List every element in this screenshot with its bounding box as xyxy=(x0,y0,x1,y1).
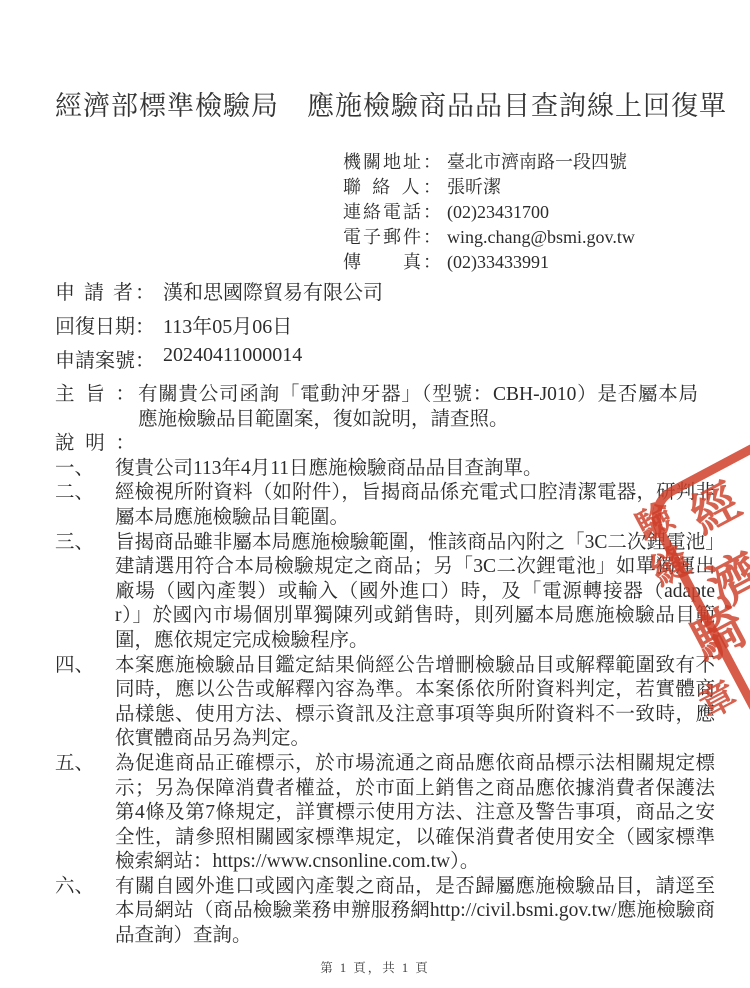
list-item-6: 六、 有關自國外進口或國內產製之商品，是否歸屬應施檢驗品目，請逕至本局網站（商品… xyxy=(55,875,720,949)
contact-row-fax: 傳 真： (02)33433991 xyxy=(343,250,635,275)
contact-value: wing.chang@bsmi.gov.tw xyxy=(447,225,635,250)
explanation-row: 說明： xyxy=(55,432,720,457)
page-footer: 第 1 頁，共 1 頁 xyxy=(0,958,750,976)
subject-text: 有關貴公司函詢「電動沖牙器」（型號：CBH-J010）是否屬本局應施檢驗品目範圍… xyxy=(138,383,698,432)
contact-row-email: 電子郵件： wing.chang@bsmi.gov.tw xyxy=(343,225,635,250)
item-number: 六、 xyxy=(55,875,115,900)
field-label: 申請案號： xyxy=(55,344,155,373)
contact-row-phone: 連絡電話： (02)23431700 xyxy=(343,200,635,225)
item-text: 本案應施檢驗品目鑑定結果倘經公告增刪檢驗品目或解釋範圍致有不同時，應以公告或解釋… xyxy=(115,654,715,752)
letter-body: 主旨： 有關貴公司函詢「電動沖牙器」（型號：CBH-J010）是否屬本局應施檢驗… xyxy=(55,383,720,949)
applicant-block: 申 請 者： 漢和思國際貿易有限公司 回復日期： 113年05月06日 申請案號… xyxy=(55,276,383,378)
list-item-5: 五、 為促進商品正確標示，於市場流通之商品應依商品標示法相關規定標示；另為保障消… xyxy=(55,752,720,875)
contact-value: (02)33433991 xyxy=(447,250,549,275)
subject-label: 主旨： xyxy=(55,383,135,408)
item-text: 經檢視所附資料（如附件），旨揭商品係充電式口腔清潔電器，研判非屬本局應施檢驗品目… xyxy=(115,481,715,530)
item-text: 為促進商品正確標示，於市場流通之商品應依商品標示法相關規定標示；另為保障消費者權… xyxy=(115,752,715,875)
contact-row-address: 機關地址： 臺北市濟南路一段四號 xyxy=(343,150,635,175)
contact-value: (02)23431700 xyxy=(447,200,549,225)
agency-contact-block: 機關地址： 臺北市濟南路一段四號 聯 絡 人： 張昕潔 連絡電話： (02)23… xyxy=(343,150,635,275)
field-label: 申 請 者： xyxy=(55,276,155,305)
contact-value: 臺北市濟南路一段四號 xyxy=(447,150,627,175)
item-text: 復貴公司113年4月11日應施檢驗商品品目查詢單。 xyxy=(115,457,715,482)
list-item-3: 三、 旨揭商品雖非屬本局應施檢驗範圍，惟該商品內附之「3C二次鋰電池」建請選用符… xyxy=(55,531,720,654)
field-value: 113年05月06日 xyxy=(163,310,292,339)
title-agency-name: 經濟部標準檢驗局 xyxy=(55,91,279,121)
contact-label: 傳 真： xyxy=(343,250,441,275)
contact-label: 機關地址： xyxy=(343,150,441,175)
list-item-4: 四、 本案應施檢驗品目鑑定結果倘經公告增刪檢驗品目或解釋範圍致有不同時，應以公告… xyxy=(55,654,720,752)
item-text: 旨揭商品雖非屬本局應施檢驗範圍，惟該商品內附之「3C二次鋰電池」建請選用符合本局… xyxy=(115,531,715,654)
list-item-1: 一、 復貴公司113年4月11日應施檢驗商品品目查詢單。 xyxy=(55,457,720,482)
list-item-2: 二、 經檢視所附資料（如附件），旨揭商品係充電式口腔清潔電器，研判非屬本局應施檢… xyxy=(55,481,720,530)
contact-value: 張昕潔 xyxy=(447,175,501,200)
explanation-label: 說明： xyxy=(55,432,135,457)
field-value: 漢和思國際貿易有限公司 xyxy=(163,276,383,305)
applicant-row-name: 申 請 者： 漢和思國際貿易有限公司 xyxy=(55,276,383,310)
item-number: 五、 xyxy=(55,752,115,777)
contact-row-person: 聯 絡 人： 張昕潔 xyxy=(343,175,635,200)
item-number: 二、 xyxy=(55,481,115,506)
subject-row: 主旨： 有關貴公司函詢「電動沖牙器」（型號：CBH-J010）是否屬本局應施檢驗… xyxy=(55,383,720,432)
field-value: 20240411000014 xyxy=(163,344,302,367)
item-text: 有關自國外進口或國內產製之商品，是否歸屬應施檢驗品目，請逕至本局網站（商品檢驗業… xyxy=(115,875,715,949)
field-label: 回復日期： xyxy=(55,310,155,339)
applicant-row-case-number: 申請案號： 20240411000014 xyxy=(55,344,383,378)
item-number: 四、 xyxy=(55,654,115,679)
document-title: 經濟部標準檢驗局應施檢驗商品品目查詢線上回復單 xyxy=(55,84,720,123)
applicant-row-reply-date: 回復日期： 113年05月06日 xyxy=(55,310,383,344)
contact-label: 電子郵件： xyxy=(343,225,441,250)
contact-label: 連絡電話： xyxy=(343,200,441,225)
item-number: 三、 xyxy=(55,531,115,556)
item-number: 一、 xyxy=(55,457,115,482)
title-form-name: 應施檢驗商品品目查詢線上回復單 xyxy=(307,91,727,121)
document-page: 經濟部標準檢驗局應施檢驗商品品目查詢線上回復單 機關地址： 臺北市濟南路一段四號… xyxy=(0,0,750,988)
contact-label: 聯 絡 人： xyxy=(343,175,441,200)
